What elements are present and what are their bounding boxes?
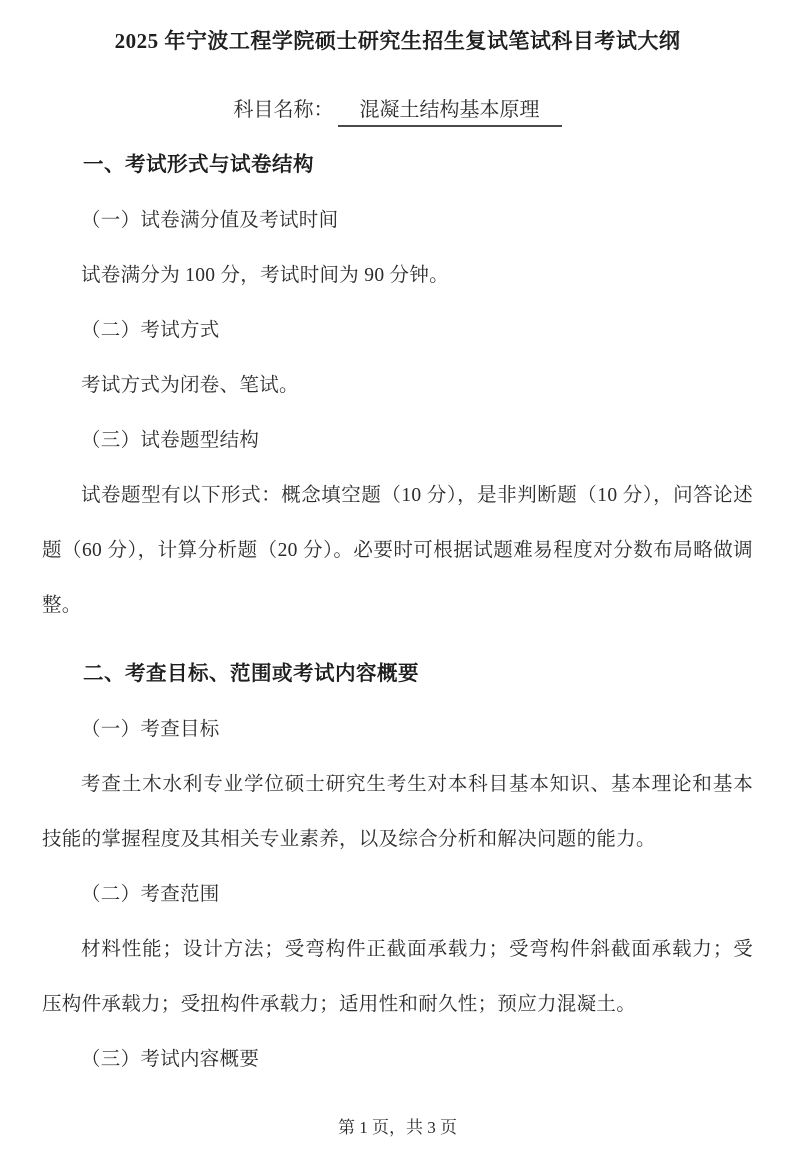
section-2-subheading-2: （二）考查范围 [42,867,753,922]
section-1-paragraph-1: 试卷满分为 100 分，考试时间为 90 分钟。 [42,248,753,303]
document-title: 2025 年宁波工程学院硕士研究生招生复试笔试科目考试大纲 [42,14,753,69]
section-1-paragraph-3: 试卷题型有以下形式：概念填空题（10 分），是非判断题（10 分），问答论述题（… [42,468,753,633]
section-2-subheading-1: （一）考查目标 [42,702,753,757]
section-1-subheading-3: （三）试卷题型结构 [42,413,753,468]
section-1-subheading-2: （二）考试方式 [42,303,753,358]
section-1-paragraph-2: 考试方式为闭卷、笔试。 [42,358,753,413]
section-1-subheading-1: （一）试卷满分值及考试时间 [42,193,753,248]
subject-label: 科目名称： [234,99,334,121]
section-2-heading: 二、考查目标、范围或考试内容概要 [42,647,753,702]
section-2-subheading-3: （三）考试内容概要 [42,1032,753,1087]
subject-value: 混凝土结构基本原理 [338,95,562,127]
document-page: 2025 年宁波工程学院硕士研究生招生复试笔试科目考试大纲 科目名称：混凝土结构… [0,0,795,1156]
page-number-footer: 第 1 页，共 3 页 [0,1116,795,1140]
section-1-heading: 一、考试形式与试卷结构 [42,138,753,193]
section-2-paragraph-1: 考查土木水利专业学位硕士研究生考生对本科目基本知识、基本理论和基本技能的掌握程度… [42,757,753,867]
subject-line: 科目名称：混凝土结构基本原理 [42,83,753,138]
section-2-paragraph-2: 材料性能；设计方法；受弯构件正截面承载力；受弯构件斜截面承载力；受压构件承载力；… [42,922,753,1032]
